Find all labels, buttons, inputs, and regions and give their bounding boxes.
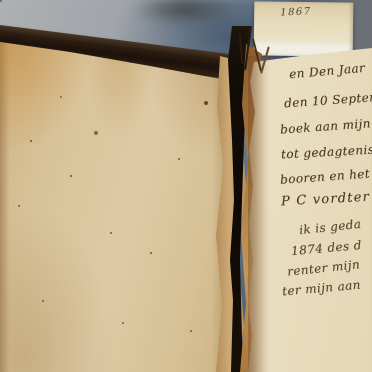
photo-scene: 1867 en Den Jaar den 10 Septem boek aan …: [0, 0, 372, 372]
sticky-note-label: 1867: [280, 6, 312, 18]
book-cast-shadow: [128, 0, 238, 26]
foxing-spots: [0, 0, 2, 2]
right-page-gutter-shadow: [248, 56, 270, 372]
